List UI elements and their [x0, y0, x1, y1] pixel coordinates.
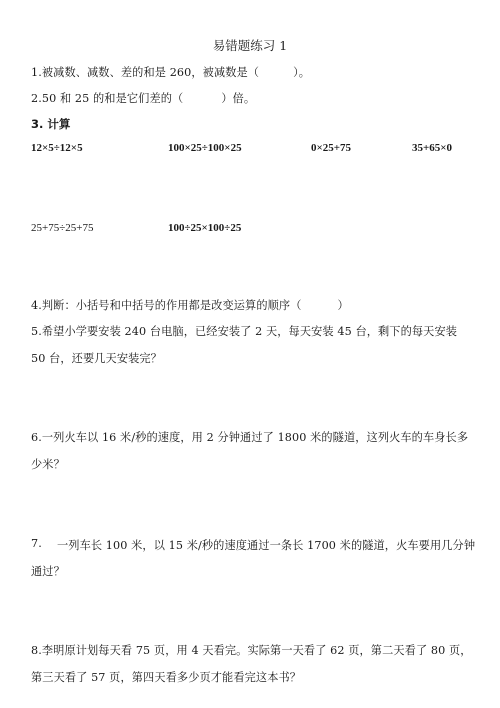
- question-2-text: 2.50 和 25 的和是它们差的（: [31, 92, 183, 105]
- question-1: 1.被减数、减数、差的和是 260，被减数是（）。: [31, 64, 310, 80]
- question-4-after: ）: [338, 299, 349, 312]
- question-3-heading: 3. 计算: [31, 116, 70, 132]
- question-8-line-2: 第三天看了 57 页，第四天看多少页才能看完这本书？: [31, 669, 301, 685]
- question-4-text: 4.判断：小括号和中括号的作用都是改变运算的顺序（: [31, 299, 302, 312]
- question-5-line-1: 5.希望小学要安装 240 台电脑，已经安装了 2 天，每天安装 45 台，剩下…: [31, 323, 457, 339]
- question-8-line-1: 8.李明原计划每天看 75 页，用 4 天看完。实际第一天看了 62 页，第二天…: [31, 642, 472, 658]
- calc-expression: 100×25÷100×25: [168, 142, 242, 154]
- question-7-number: 7.: [31, 537, 42, 550]
- calc-expression: 12×5÷12×5: [31, 142, 83, 154]
- calc-expression: 25+75÷25+75: [31, 222, 93, 234]
- question-2: 2.50 和 25 的和是它们差的（）倍。: [31, 90, 255, 106]
- question-2-after: ）倍。: [221, 92, 255, 105]
- question-6-line-1: 6.一列火车以 16 米/秒的速度，用 2 分钟通过了 1800 米的隧道，这列…: [31, 429, 468, 445]
- question-5-line-2: 50 台，还要几天安装完？: [31, 350, 162, 366]
- calc-expression: 100÷25×100÷25: [168, 222, 241, 234]
- question-1-text: 1.被减数、减数、差的和是 260，被减数是（: [31, 66, 259, 79]
- worksheet-title: 易错题练习 1: [0, 36, 500, 54]
- question-1-after: ）。: [293, 66, 310, 79]
- question-6-line-2: 少米？: [31, 456, 65, 472]
- question-7-line-2: 通过？: [31, 563, 65, 579]
- question-7-line-1: 一列车长 100 米，以 15 米/秒的速度通过一条长 1700 米的隧道，火车…: [57, 537, 475, 553]
- calc-expression: 35+65×0: [412, 142, 452, 154]
- question-4: 4.判断：小括号和中括号的作用都是改变运算的顺序（）: [31, 297, 349, 313]
- calc-expression: 0×25+75: [311, 142, 351, 154]
